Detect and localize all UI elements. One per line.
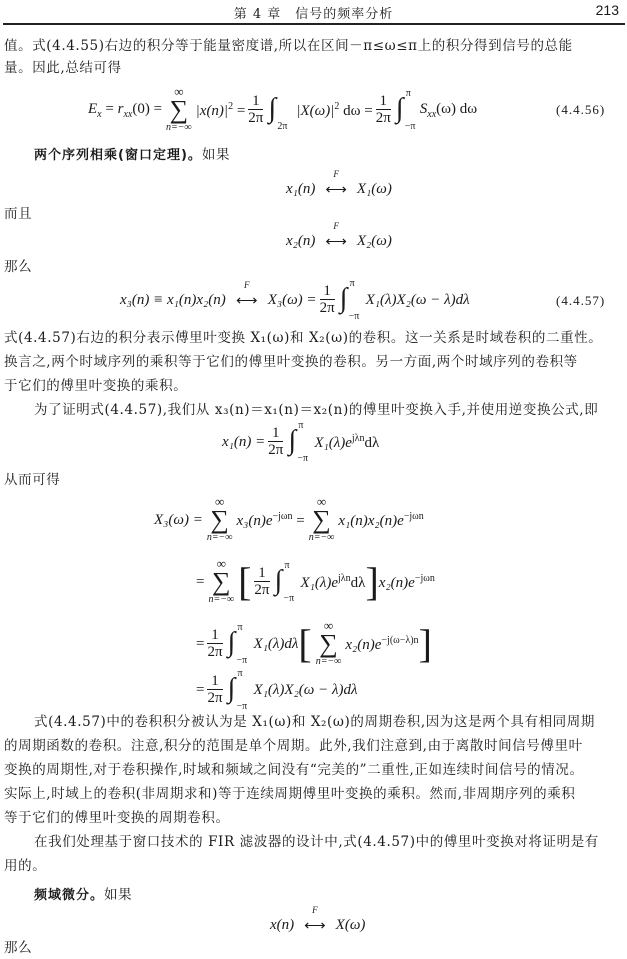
eq-sup: jλn [352, 433, 365, 444]
fraction: 12π [376, 93, 391, 127]
sum-lower: n=−∞ [208, 594, 234, 606]
sum-lower: n=−∞ [316, 656, 342, 668]
arrow-label: F [230, 280, 264, 290]
eq-text: = [196, 574, 204, 591]
integral-sign: ∫π−π [288, 422, 306, 462]
summation-sign: ∞∑n=−∞ [207, 496, 233, 544]
paragraph-line: 而且 [4, 204, 32, 225]
arrow-label: F [319, 169, 353, 179]
eq-subscript: xx [123, 109, 132, 120]
sum-lower: n=−∞ [309, 532, 335, 544]
eq-text: dλ [351, 575, 366, 591]
frac-den: 2π [268, 442, 283, 459]
section-heading: 两个序列相乘(窗口定理)。如果 [34, 145, 230, 166]
eq-term: |x(n)| [196, 103, 228, 119]
int-lower: 2π [277, 121, 287, 132]
fraction: 12π [268, 425, 283, 459]
int-lower: −π [284, 593, 295, 604]
eq-text: (0) = [132, 101, 162, 117]
eq-term: |X(ω)| [296, 103, 334, 119]
summation-sign: ∞∑n=−∞ [309, 496, 335, 544]
frac-den: 2π [320, 300, 335, 317]
pair-left: x₁(n) [286, 181, 315, 197]
arrow-label: F [298, 905, 332, 915]
eq-term: x₃(n)e [236, 513, 272, 529]
int-lower: −π [349, 311, 360, 322]
fourier-arrow-icon: F⟷ [298, 916, 332, 935]
fraction: 12π [320, 283, 335, 317]
eq-term: X₁(λ)e [301, 575, 339, 591]
eq-term: x₂(n)e [379, 575, 415, 591]
int-upper: π [350, 278, 355, 289]
pair-left: x(n) [270, 917, 294, 933]
eq-text: dλ [365, 435, 380, 451]
fourier-pair-3: x(n) F⟷ X(ω) [270, 916, 365, 935]
heading-tail: 如果 [104, 887, 132, 903]
frac-num: 1 [254, 565, 269, 582]
paragraph-line: 的周期函数的卷积。注意,积分的范围是单个周期。此外,我们注意到,由于离散时间信号… [4, 736, 583, 757]
pair-right: X(ω) [336, 917, 366, 933]
derivation-line-4: = 12π ∫π−π X₁(λ)X₂(ω − λ)dλ [196, 668, 358, 712]
right-bracket-icon: ] [419, 624, 432, 664]
eq-term: X₃(ω) = [268, 292, 317, 309]
int-upper: π [238, 668, 243, 679]
int-upper: π [285, 560, 290, 571]
section-heading: 频域微分。如果 [34, 885, 132, 906]
paragraph-line: 值。式(4.4.55)右边的积分等于能量密度谱,所以在区间－π≤ω≤π上的积分得… [4, 36, 573, 57]
frac-den: 2π [248, 110, 263, 127]
paragraph-line: 那么 [4, 938, 32, 959]
sum-lower: n=−∞ [207, 532, 233, 544]
fourier-arrow-icon: F⟷ [319, 232, 353, 251]
paragraph-line: 为了证明式(4.4.57),我们从 x₃(n)＝x₁(n)＝x₂(n)的傅里叶变… [34, 400, 598, 421]
left-bracket-icon: [ [238, 562, 251, 602]
equation-number: (4.4.57) [556, 293, 605, 309]
frac-num: 1 [248, 93, 263, 110]
fourier-arrow-icon: F⟷ [230, 291, 264, 310]
pair-right: X₂(ω) [357, 233, 392, 249]
eq-symbol: E [88, 101, 97, 117]
paragraph-line: 于它们的傅里叶变换的乘积。 [4, 376, 187, 397]
header-rule [3, 23, 625, 25]
heading-tail: 如果 [202, 147, 230, 163]
sum-lower: n=−∞ [166, 122, 192, 134]
eq-text: dω = [343, 103, 373, 119]
paragraph-line: 量。因此,总结可得 [4, 58, 122, 79]
fourier-arrow-icon: F⟷ [319, 180, 353, 199]
fraction: 12π [207, 627, 222, 661]
arrow-label: F [319, 221, 353, 231]
integral-sign: ∫π−π [228, 624, 246, 664]
frac-den: 2π [207, 644, 222, 661]
paragraph-line: 用的。 [4, 856, 46, 877]
eq-text: = [196, 682, 204, 699]
eq-sup: 2 [334, 101, 339, 112]
eq-term: X₁(λ)X₂(ω − λ)dλ [366, 292, 470, 309]
frac-den: 2π [207, 690, 222, 707]
eq-term: x₃(n) ≡ x₁(n)x₂(n) [120, 292, 226, 309]
frac-num: 1 [207, 673, 222, 690]
int-lower: −π [237, 701, 248, 712]
paragraph-line: 式(4.4.57)中的卷积积分被认为是 X₁(ω)和 X₂(ω)的周期卷积,因为… [34, 712, 595, 733]
frac-num: 1 [268, 425, 283, 442]
paragraph-line: 在我们处理基于窗口技术的 FIR 滤波器的设计中,式(4.4.57)中的傅里叶变… [34, 832, 599, 853]
eq-term: X₁(λ)X₂(ω − λ)dλ [254, 682, 358, 699]
equation-4-4-56: Ex = rxx(0) = ∞∑n=−∞ |x(n)|2 = 12π ∫2π |… [88, 84, 477, 136]
frac-den: 2π [254, 582, 269, 599]
paragraph-line: 式(4.4.57)右边的积分表示傅里叶变换 X₁(ω)和 X₂(ω)的卷积。这一… [4, 328, 602, 349]
derivation-line-1: X₃(ω) = ∞∑n=−∞ x₃(n)e−jωn = ∞∑n=−∞ x₁(n)… [154, 490, 424, 550]
eq-sup: −j(ω−λ)n [381, 635, 418, 646]
eq-sup: jλn [338, 573, 351, 584]
eq-text: (ω) dω [436, 101, 477, 117]
eq-term: X₃(ω) = [154, 512, 203, 529]
int-lower: −π [405, 121, 416, 132]
left-bracket-icon: [ [298, 624, 311, 664]
eq-sup: −jωn [404, 511, 424, 522]
eq-subscript: xx [427, 109, 436, 120]
integral-sign: ∫2π [268, 90, 286, 130]
summation-sign: ∞∑n=−∞ [316, 620, 342, 668]
page-header: 第 4 章 信号的频率分析 213 [0, 0, 627, 24]
paragraph-line: 那么 [4, 257, 32, 278]
inverse-transform-equation: x₁(n) = 12π ∫π−π X₁(λ)ejλndλ [222, 420, 379, 464]
paragraph-line: 等于它们的傅里叶变换的周期卷积。 [4, 808, 230, 829]
eq-term: X₁(λ)e [314, 435, 352, 451]
summation-sign: ∞∑n=−∞ [166, 86, 192, 134]
int-lower: −π [237, 655, 248, 666]
int-upper: π [238, 622, 243, 633]
eq-term: x₁(n) = [222, 434, 265, 451]
eq-term: x₂(n)e [345, 637, 381, 653]
eq-term: x₁(n)x₂(n)e [338, 513, 403, 529]
equation-4-4-57: x₃(n) ≡ x₁(n)x₂(n) F⟷ X₃(ω) = 12π ∫π−π X… [120, 278, 470, 322]
frac-num: 1 [207, 627, 222, 644]
fourier-pair-2: x₂(n) F⟷ X₂(ω) [286, 232, 392, 251]
int-lower: −π [297, 453, 308, 464]
frac-num: 1 [376, 93, 391, 110]
frac-num: 1 [320, 283, 335, 300]
derivation-line-3: = 12π ∫π−π X₁(λ)dλ [ ∞∑n=−∞ x₂(n)e−j(ω−λ… [196, 614, 432, 674]
page-number: 213 [596, 2, 619, 18]
derivation-line-2: = ∞∑n=−∞ [ 12π ∫π−π X₁(λ)ejλndλ ] x₂(n)e… [196, 552, 435, 612]
eq-term: X₁(λ)dλ [254, 636, 299, 653]
integral-sign: ∫π−π [340, 280, 358, 320]
integral-sign: ∫π−π [396, 90, 414, 130]
heading-bold: 两个序列相乘(窗口定理)。 [34, 148, 202, 163]
paragraph-line: 从而可得 [4, 470, 60, 491]
integral-sign: ∫π−π [275, 562, 293, 602]
eq-sup: −jωn [273, 511, 293, 522]
pair-left: x₂(n) [286, 233, 315, 249]
integral-sign: ∫π−π [228, 670, 246, 710]
int-upper: π [406, 88, 411, 99]
fraction: 12π [207, 673, 222, 707]
eq-subscript: x [97, 109, 101, 120]
eq-text: = [196, 636, 204, 653]
fourier-pair-1: x₁(n) F⟷ X₁(ω) [286, 180, 392, 199]
fraction: 12π [248, 93, 263, 127]
pair-right: X₁(ω) [357, 181, 392, 197]
paragraph-line: 变换的周期性,对于卷积操作,时域和频域之间没有“完美的”二重性,正如连续时间信号… [4, 760, 584, 781]
heading-bold: 频域微分。 [34, 888, 104, 903]
chapter-title: 第 4 章 信号的频率分析 [0, 3, 627, 22]
eq-sup: 2 [228, 101, 233, 112]
paragraph-line: 换言之,两个时域序列的乘积等于它们的傅里叶变换的卷积。另一方面,两个时域序列的卷… [4, 352, 578, 373]
equation-number: (4.4.56) [556, 102, 605, 118]
right-bracket-icon: ] [365, 562, 378, 602]
frac-den: 2π [376, 110, 391, 127]
int-upper: π [298, 420, 303, 431]
summation-sign: ∞∑n=−∞ [208, 558, 234, 606]
eq-sup: −jωn [415, 573, 435, 584]
eq-text: = [296, 513, 304, 529]
paragraph-line: 实际上,时域上的卷积(非周期求和)等于连续周期傅里叶变换的乘积。然而,非周期序列… [4, 784, 575, 805]
fraction: 12π [254, 565, 269, 599]
